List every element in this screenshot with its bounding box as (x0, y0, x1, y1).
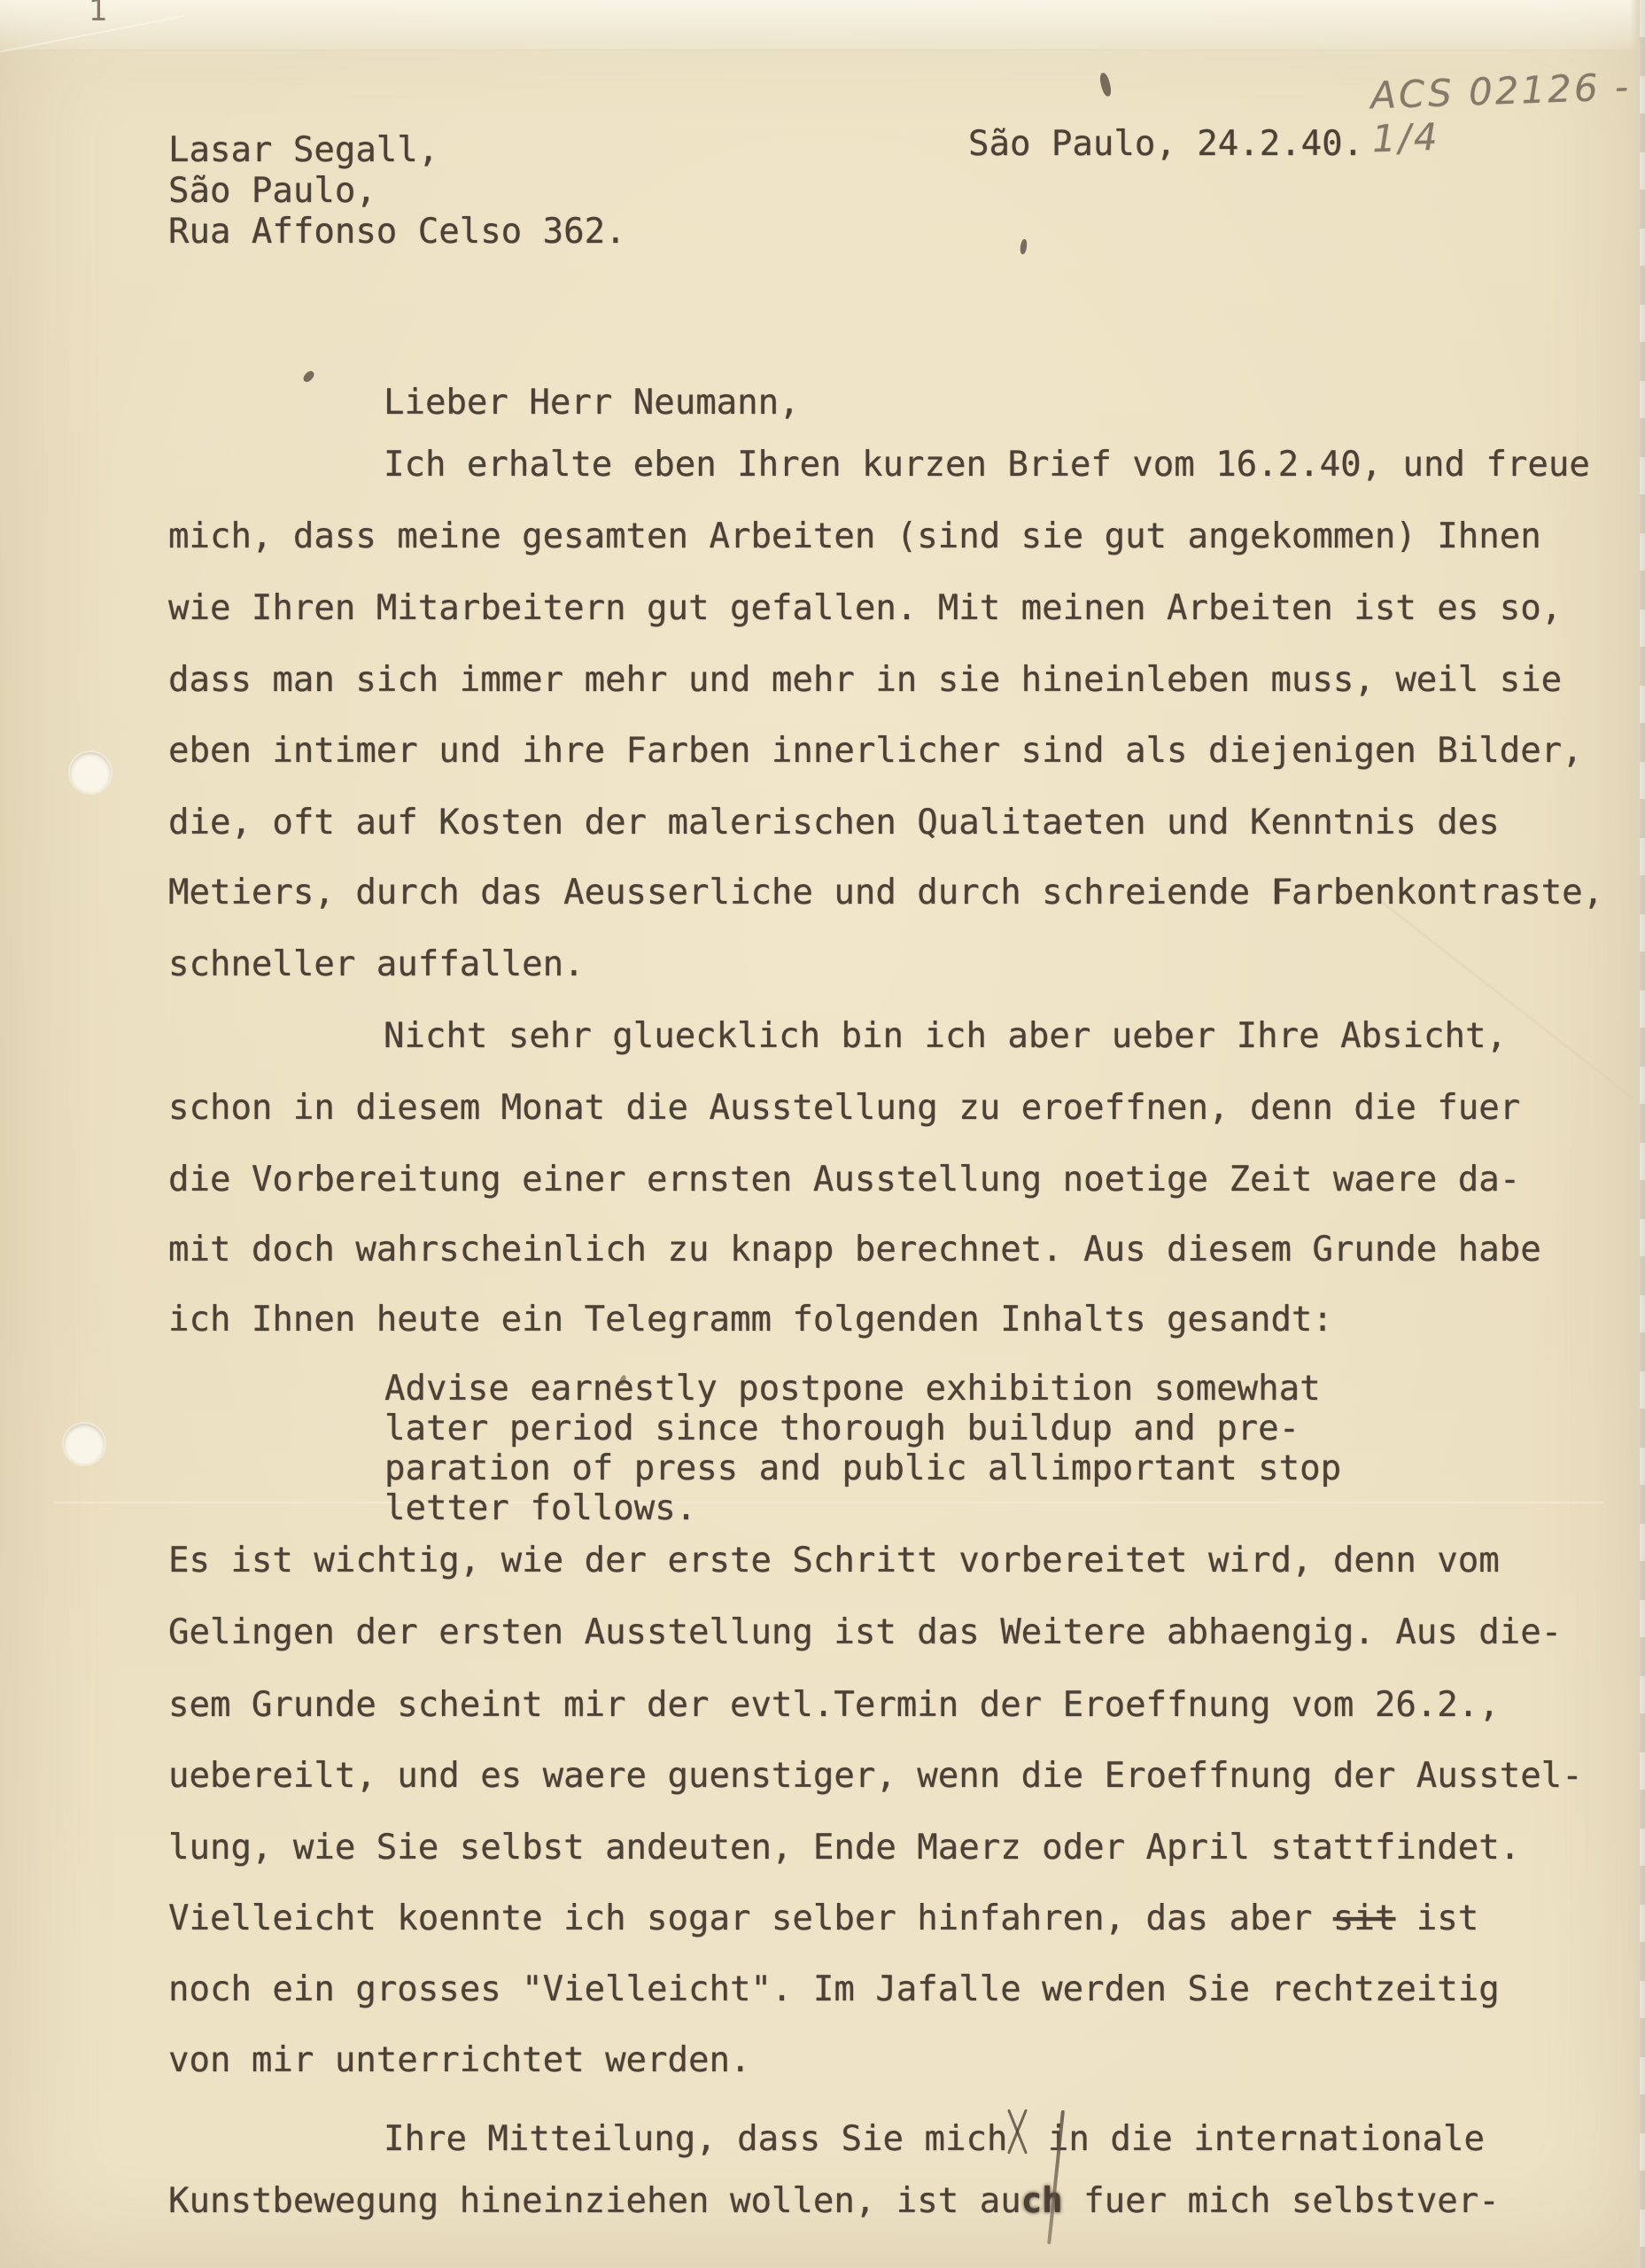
text-segment: schon in diesem Monat die Ausstellung zu… (168, 1088, 1520, 1128)
text-segment: sem Grunde scheint mir der evtl.Termin d… (168, 1685, 1500, 1725)
text-segment: Nicht sehr gluecklich bin ich aber ueber… (384, 1016, 1507, 1056)
paper-top-edge (0, 0, 1645, 50)
paper-crease (1360, 884, 1645, 1121)
text-segment: noch ein grosses "Vielleicht". Im Jafall… (168, 1969, 1500, 2009)
text-segment: eben intimer und ihre Farben innerlicher… (168, 731, 1583, 771)
text-segment: Kunstbewegung hineinziehen wollen, ist a… (168, 2181, 1021, 2221)
letter-line: Ihre Mitteilung, dass Sie mich in die in… (384, 2115, 1485, 2157)
text-segment: ich Ihnen heute ein Telegramm folgenden … (168, 1300, 1333, 1340)
punch-hole-bottom (64, 1424, 105, 1464)
text-segment: uebereilt, und es waere guenstiger, wenn… (168, 1756, 1583, 1796)
corner-pencil-mark: 1 (89, 0, 108, 28)
seg-strike: sit (1333, 1899, 1395, 1938)
sender-address-line: Lasar Segall, (168, 133, 438, 168)
text-segment: Ihre Mitteilung, dass Sie mich (384, 2119, 1007, 2159)
letter-line: Es ist wichtig, wie der erste Schritt vo… (168, 1543, 1500, 1579)
letter-line: wie Ihren Mitarbeitern gut gefallen. Mit… (168, 591, 1562, 626)
text-segment: Advise earnestly postpone exhibition som… (384, 1369, 1321, 1409)
archival-annotation: ACS 02126 - 1/4 (1370, 65, 1645, 161)
text-segment: arbenkontraste, (1292, 873, 1603, 913)
punch-hole-top (70, 752, 111, 793)
text-segment: Vielleicht koennte ich sogar selber hinf… (168, 1899, 1333, 1938)
sender-address-line: São Paulo, (168, 174, 376, 209)
letter-line: ich Ihnen heute ein Telegramm folgenden … (168, 1302, 1333, 1338)
letter-line: Advise earnestly postpone exhibition som… (384, 1371, 1321, 1407)
letter-line: Ich erhalte eben Ihren kurzen Brief vom … (384, 447, 1590, 483)
text-segment: paration of press and public allimportan… (384, 1449, 1341, 1488)
text-segment: Es ist wichtig, wie der erste Schritt vo… (168, 1541, 1500, 1581)
text-segment: von mir unterrichtet werden. (168, 2040, 750, 2080)
letter-line: eben intimer und ihre Farben innerlicher… (168, 734, 1583, 769)
letter-line: Nicht sehr gluecklich bin ich aber ueber… (384, 1019, 1507, 1054)
text-segment: in die internationale (1027, 2119, 1485, 2159)
sender-address-line: Rua Affonso Celso 362. (168, 214, 626, 250)
ink-speck (1020, 239, 1028, 255)
paper-crease (53, 1502, 1603, 1503)
letter-line: noch ein grosses "Vielleicht". Im Jafall… (168, 1972, 1500, 2008)
text-segment: die, oft auf Kosten der malerischen Qual… (168, 803, 1500, 843)
text-segment: schneller auffallen. (168, 944, 585, 984)
ink-speck (301, 369, 315, 384)
letter-scan-page: 1 ACS 02126 - 1/4 Lasar Segall,São Paulo… (0, 0, 1645, 2268)
letter-line: von mir unterrichtet werden. (168, 2043, 750, 2078)
text-segment: mich, dass meine gesamten Arbeiten (sind… (168, 517, 1541, 556)
letter-line: mich, dass meine gesamten Arbeiten (sind… (168, 519, 1541, 555)
torn-paper-edge (1630, 0, 1645, 2268)
letter-line: Vielleicht koennte ich sogar selber hinf… (168, 1901, 1478, 1937)
text-segment: Lieber Herr Neumann, (384, 383, 800, 423)
salutation: Lieber Herr Neumann, (384, 385, 800, 421)
letter-line: mit doch wahrscheinlich zu knapp berechn… (168, 1232, 1541, 1268)
text-segment: Ich erhalte eben Ihren kurzen Brief vom … (384, 445, 1590, 485)
ink-speck (1098, 72, 1113, 97)
text-segment: dass man sich immer mehr und mehr in sie… (168, 660, 1562, 700)
text-segment: ist (1395, 1899, 1478, 1938)
seg-dbl: F (1270, 873, 1291, 913)
text-segment: Metiers, durch das Aeusserliche und durc… (168, 873, 1270, 913)
text-segment: die Vorbereitung einer ernsten Ausstellu… (168, 1160, 1520, 1200)
letter-line: Kunstbewegung hineinziehen wollen, ist a… (168, 2184, 1500, 2219)
letter-line: schneller auffallen. (168, 947, 585, 983)
text-segment: Gelingen der ersten Ausstellung ist das … (168, 1612, 1562, 1652)
letter-line: uebereilt, und es waere guenstiger, wenn… (168, 1759, 1583, 1794)
text-segment: lung, wie Sie selbst andeuten, Ende Maer… (168, 1828, 1520, 1868)
letter-line: paration of press and public allimportan… (384, 1451, 1341, 1487)
text-segment: São Paulo, (168, 171, 376, 211)
letter-line: die, oft auf Kosten der malerischen Qual… (168, 805, 1500, 841)
text-segment: letter follows. (384, 1488, 696, 1528)
text-segment: mit doch wahrscheinlich zu knapp berechn… (168, 1230, 1541, 1270)
letter-line: Metiers, durch das Aeusserliche und durc… (168, 875, 1603, 911)
dateline: São Paulo, 24.2.40. (968, 127, 1363, 162)
text-segment: later period since thorough buildup and … (384, 1409, 1300, 1449)
text-segment: Rua Affonso Celso 362. (168, 212, 626, 252)
letter-line: Gelingen der ersten Ausstellung ist das … (168, 1615, 1562, 1651)
text-segment: wie Ihren Mitarbeitern gut gefallen. Mit… (168, 588, 1562, 628)
text-segment: Lasar Segall, (168, 130, 438, 170)
letter-line: later period since thorough buildup and … (384, 1411, 1300, 1447)
letter-line: die Vorbereitung einer ernsten Ausstellu… (168, 1162, 1520, 1198)
letter-line: letter follows. (384, 1491, 696, 1526)
letter-line: schon in diesem Monat die Ausstellung zu… (168, 1091, 1520, 1126)
letter-line: dass man sich immer mehr und mehr in sie… (168, 663, 1562, 698)
text-segment: fuer mich selbstver- (1063, 2181, 1500, 2221)
letter-line: lung, wie Sie selbst andeuten, Ende Maer… (168, 1830, 1520, 1866)
seg-xmark (1007, 2115, 1027, 2150)
text-segment: São Paulo, 24.2.40. (968, 124, 1363, 164)
letter-line: sem Grunde scheint mir der evtl.Termin d… (168, 1688, 1500, 1723)
